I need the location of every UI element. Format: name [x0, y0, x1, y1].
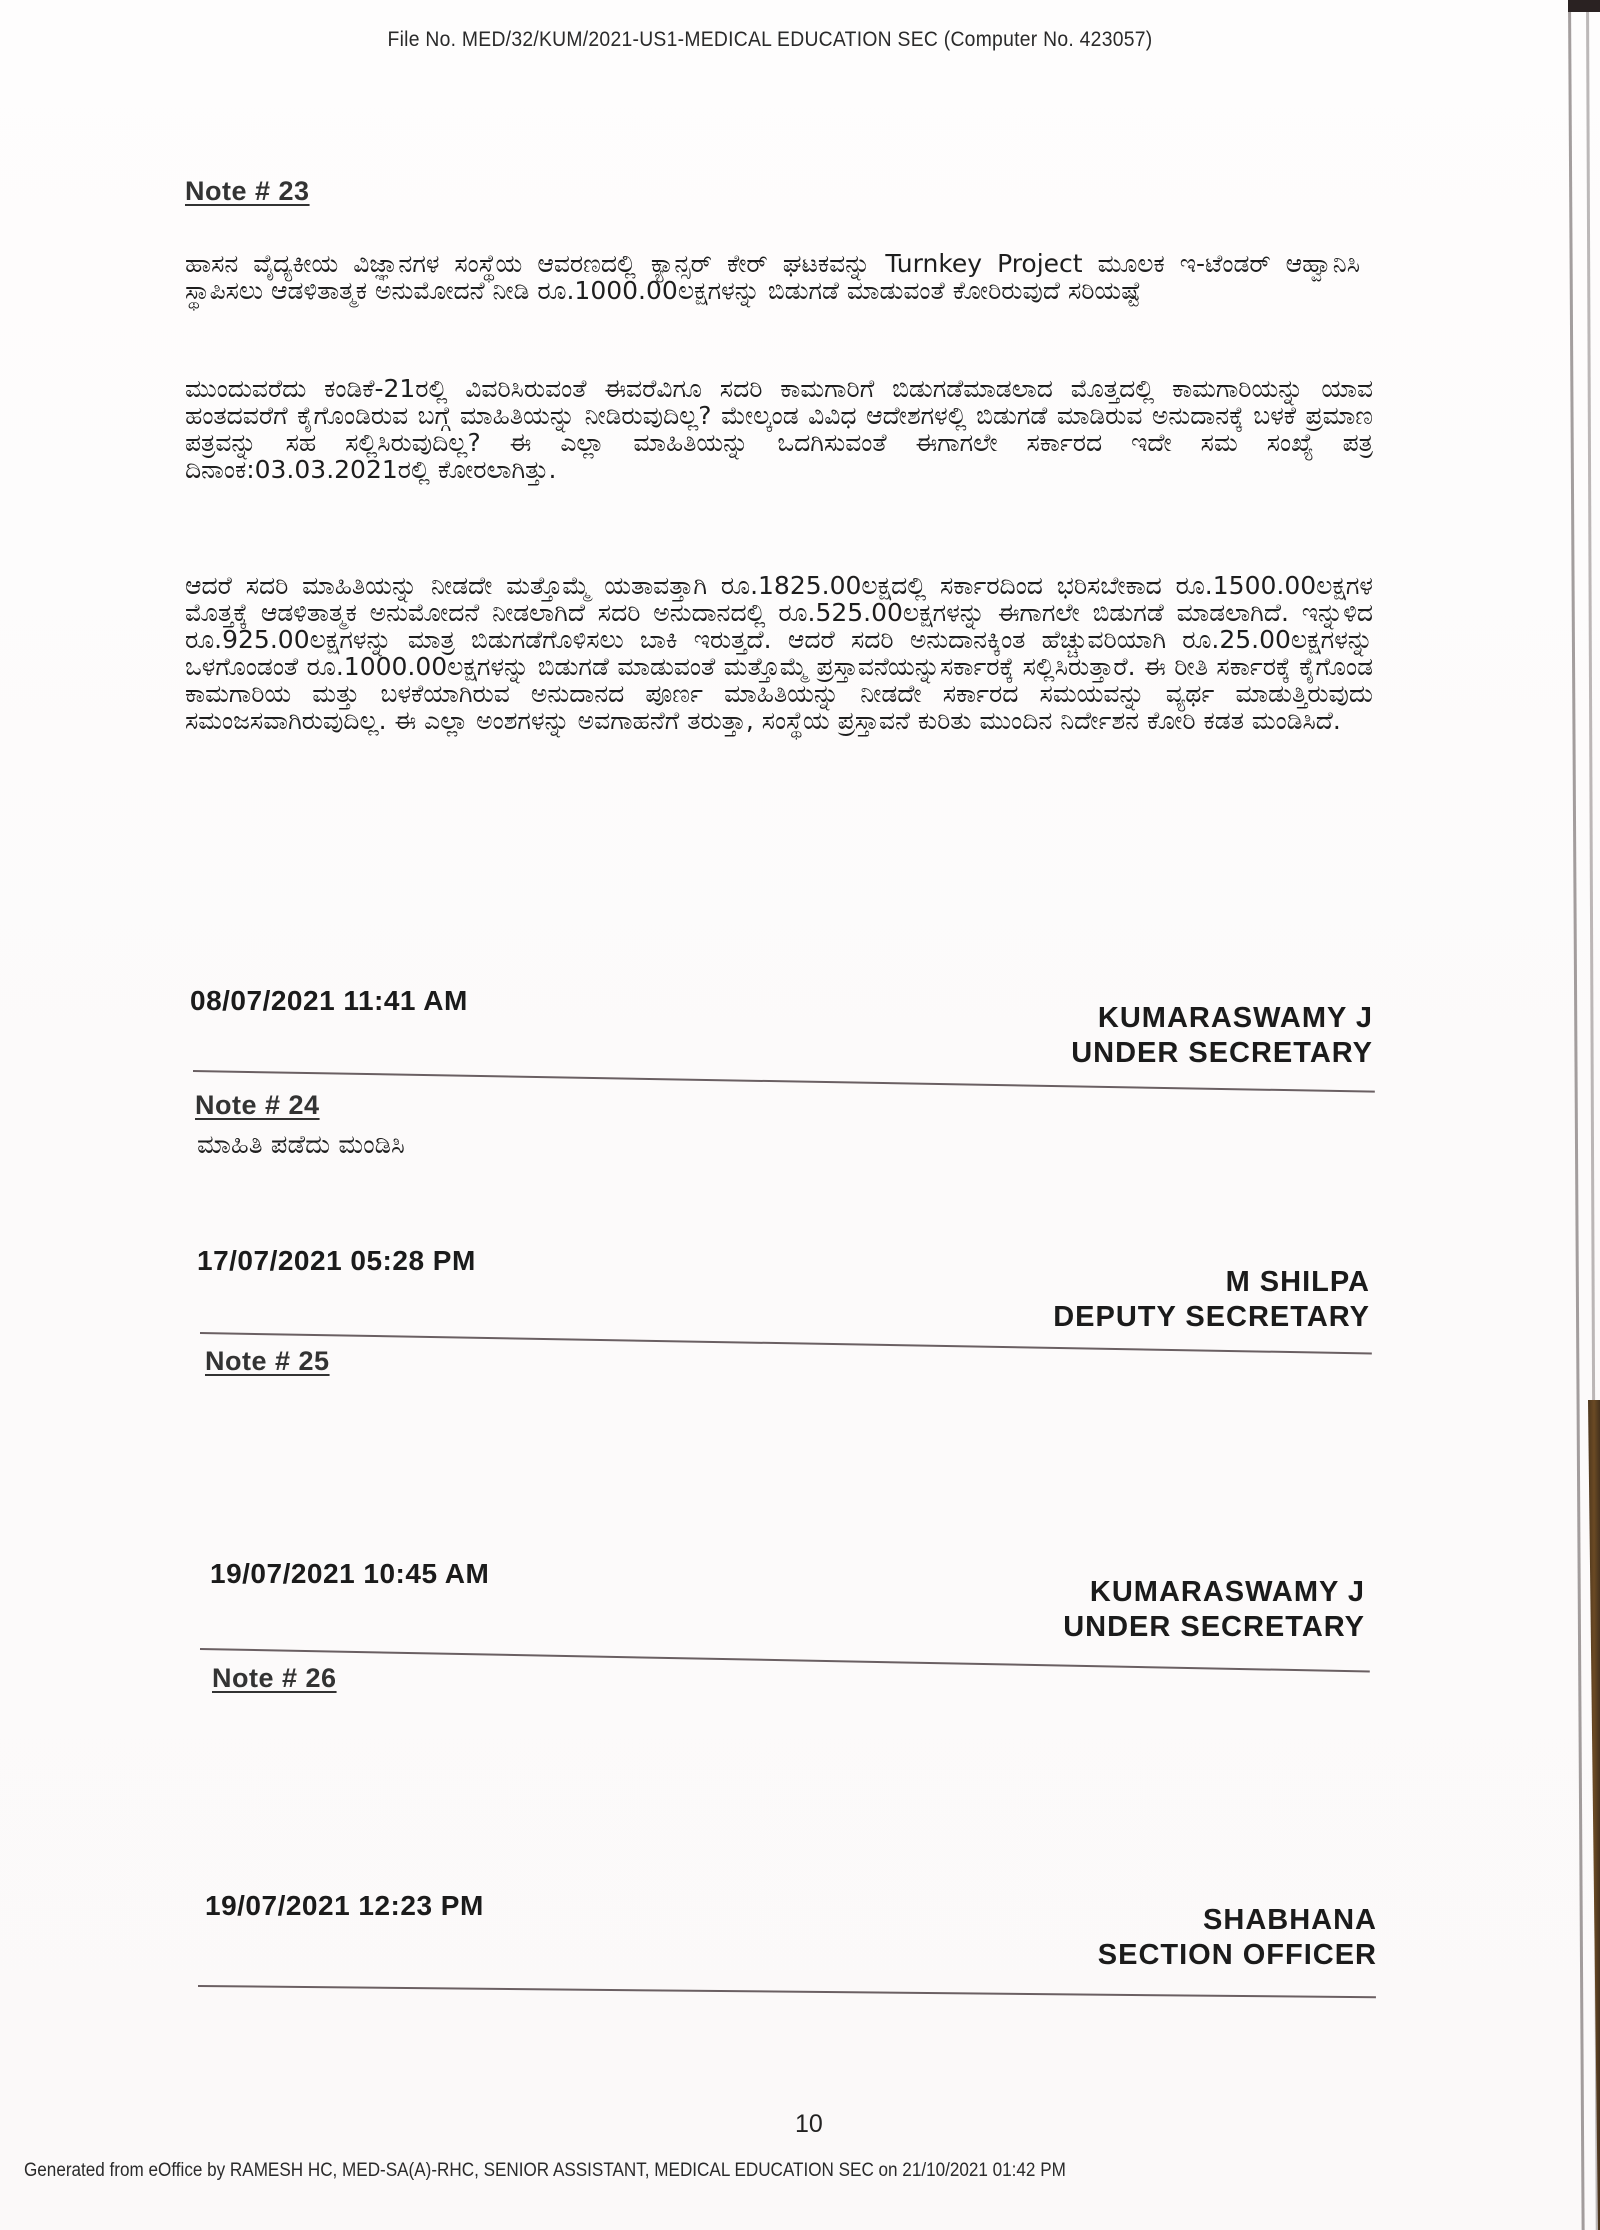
- note-paragraph: ಮುಂದುವರೆದು ಕಂಡಿಕೆ-21ರಲ್ಲಿ ವಿವರಿಸಿರುವಂತೆ …: [185, 375, 1373, 483]
- note-title: Note # 26: [212, 1663, 337, 1694]
- note-datetime: 08/07/2021 11:41 AM: [190, 985, 468, 1017]
- signer-name: M SHILPA: [1053, 1265, 1370, 1300]
- signer-designation: DEPUTY SECRETARY: [1053, 1300, 1370, 1335]
- note-title: Note # 25: [205, 1346, 330, 1377]
- note-datetime: 19/07/2021 10:45 AM: [210, 1558, 489, 1590]
- signer-name: KUMARASWAMY J: [1063, 1575, 1365, 1610]
- note-paragraph: ಹಾಸನ ವೈದ್ಯಕೀಯ ವಿಜ್ಞಾನಗಳ ಸಂಸ್ಥೆಯ ಆವರಣದಲ್ಲ…: [185, 250, 1360, 304]
- page-number: 10: [795, 2110, 823, 2139]
- signer-designation: UNDER SECRETARY: [1063, 1610, 1365, 1645]
- signature-block: KUMARASWAMY J UNDER SECRETARY: [1071, 1001, 1373, 1071]
- signer-name: SHABHANA: [1098, 1903, 1377, 1938]
- signer-name: KUMARASWAMY J: [1071, 1001, 1373, 1036]
- generated-footer: Generated from eOffice by RAMESH HC, MED…: [24, 2160, 1066, 2182]
- note-divider: [198, 1985, 1376, 1998]
- note-paragraph: ಆದರೆ ಸದರಿ ಮಾಹಿತಿಯನ್ನು ನೀಡದೇ ಮತ್ತೊಮ್ಮೆ ಯತ…: [185, 572, 1373, 734]
- note-divider: [200, 1648, 1370, 1672]
- page-edge-shadow: [1568, 0, 1600, 12]
- signer-designation: UNDER SECRETARY: [1071, 1036, 1373, 1071]
- note-datetime: 19/07/2021 12:23 PM: [205, 1890, 484, 1922]
- signer-designation: SECTION OFFICER: [1098, 1938, 1377, 1973]
- signature-block: M SHILPA DEPUTY SECRETARY: [1053, 1265, 1370, 1335]
- document-page: File No. MED/32/KUM/2021-US1-MEDICAL EDU…: [0, 0, 1600, 2230]
- page-edge-shadow: [1584, 1400, 1600, 2230]
- note-body: ಮಾಹಿತಿ ಪಡೆದು ಮಂಡಿಸಿ: [197, 1130, 405, 1161]
- note-title: Note # 23: [185, 176, 310, 207]
- note-datetime: 17/07/2021 05:28 PM: [197, 1245, 476, 1277]
- signature-block: SHABHANA SECTION OFFICER: [1098, 1903, 1377, 1973]
- note-divider: [200, 1332, 1372, 1354]
- file-header: File No. MED/32/KUM/2021-US1-MEDICAL EDU…: [62, 28, 1479, 52]
- note-divider: [193, 1070, 1375, 1093]
- signature-block: KUMARASWAMY J UNDER SECRETARY: [1063, 1575, 1365, 1645]
- note-title: Note # 24: [195, 1090, 320, 1121]
- page-edge: [1568, 0, 1585, 2230]
